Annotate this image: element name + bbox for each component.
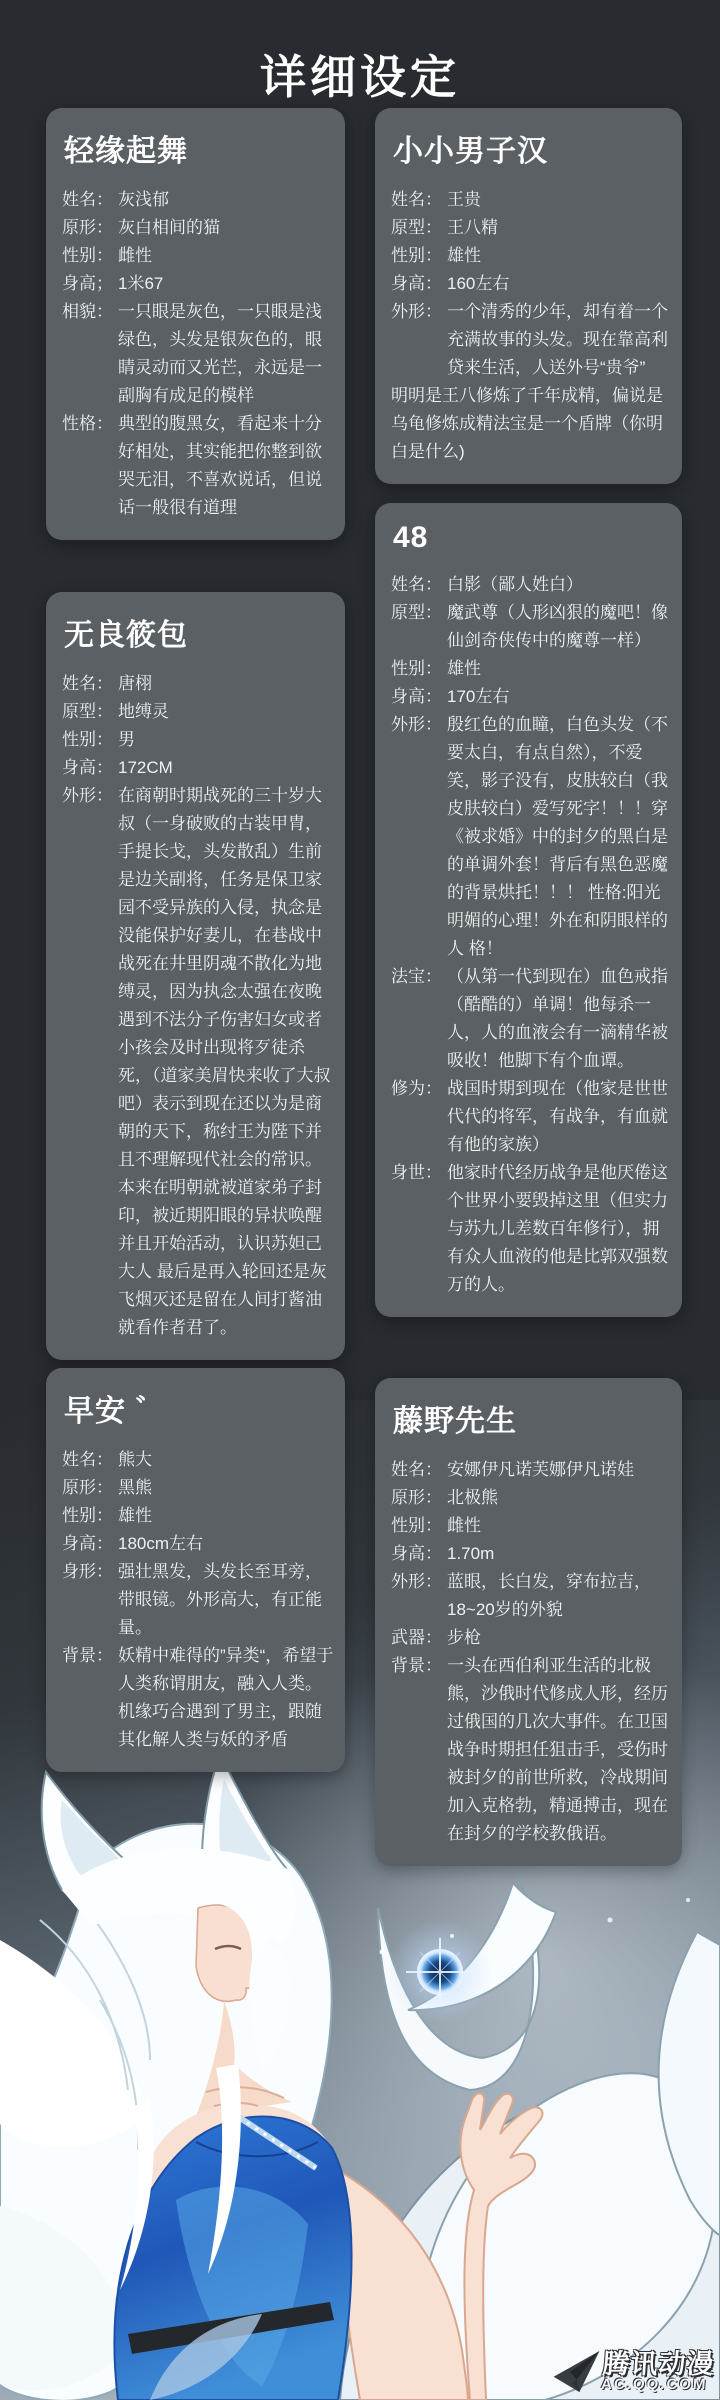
tencent-comics-watermark: 腾讯动漫 AC.QQ.COM	[551, 2350, 715, 2394]
field-row: 原型：魔武尊（人形凶狠的魔吧！像仙剑奇侠传中的魔尊一样）	[391, 599, 672, 655]
field-value: 典型的腹黑女，看起来十分好相处，其实能把你整到欲哭无泪，不喜欢说话，但说话一般很…	[118, 410, 335, 522]
field-row: 外形：一个清秀的少年，却有着一个充满故事的头发。现在靠高利贷来生活，人送外号“贵…	[391, 298, 672, 382]
field-label: 原型：	[391, 214, 447, 242]
character-card: 48 姓名：白影（鄙人姓白）原型：魔武尊（人形凶狠的魔吧！像仙剑奇侠传中的魔尊一…	[375, 503, 682, 1317]
character-card: 无良筱包 姓名：唐栩原型：地缚灵性别：男身高：172CM外形：在商朝时期战死的三…	[46, 592, 345, 1360]
field-value: 160左右	[447, 270, 672, 298]
field-row: 原形：北极熊	[391, 1484, 672, 1512]
field-label: 姓名：	[391, 571, 447, 599]
field-row: 性别：雄性	[391, 655, 672, 683]
field-value: 1.70m	[447, 1540, 672, 1568]
field-label: 背景：	[62, 1642, 118, 1754]
field-label: 原形：	[391, 1484, 447, 1512]
field-row: 姓名：唐栩	[62, 670, 335, 698]
field-label: 性别：	[391, 1512, 447, 1540]
card-title: 无良筱包	[64, 610, 335, 654]
field-value: 雄性	[118, 1502, 335, 1530]
field-value: 步枪	[447, 1624, 672, 1652]
field-row: 姓名：安娜伊凡诺芙娜伊凡诺娃	[391, 1456, 672, 1484]
field-label: 原形：	[62, 214, 118, 242]
field-value: 雄性	[447, 242, 672, 270]
field-label: 法宝：	[391, 963, 447, 1075]
field-row: 原型：地缚灵	[62, 698, 335, 726]
field-label: 原型：	[391, 599, 447, 655]
field-value: 180cm左右	[118, 1530, 335, 1558]
card-fields: 姓名：灰浅郁原形：灰白相间的猫性别：雌性身高；1米67相貌：一只眼是灰色，一只眼…	[62, 186, 335, 522]
watermark-brand: 腾讯动漫	[602, 2351, 716, 2377]
card-fields: 姓名：安娜伊凡诺芙娜伊凡诺娃原形：北极熊性别：雌性身高：1.70m外形：蓝眼，长…	[391, 1456, 672, 1848]
field-row: 相貌：一只眼是灰色，一只眼是浅绿色，头发是银灰色的，眼睛灵动而又光芒，永远是一副…	[62, 298, 335, 410]
field-label: 身高：	[62, 754, 118, 782]
field-row: 背景：妖精中难得的”异类“，希望于人类称谓朋友，融入人类。机缘巧合遇到了男主，跟…	[62, 1642, 335, 1754]
field-label: 背景：	[391, 1652, 447, 1848]
field-label: 姓名：	[62, 1446, 118, 1474]
field-label: 原型：	[62, 698, 118, 726]
field-row: 性别：雌性	[391, 1512, 672, 1540]
card-fields: 姓名：王贵原型：王八精性别：雄性身高：160左右外形：一个清秀的少年，却有着一个…	[391, 186, 672, 466]
field-row: 姓名：白影（鄙人姓白）	[391, 571, 672, 599]
field-value: 强壮黑发，头发长至耳旁，带眼镜。外形高大，有正能量。	[118, 1558, 335, 1642]
field-value: 安娜伊凡诺芙娜伊凡诺娃	[447, 1456, 672, 1484]
character-card: 轻缘起舞 姓名：灰浅郁原形：灰白相间的猫性别：雌性身高；1米67相貌：一只眼是灰…	[46, 108, 345, 540]
field-value: 灰白相间的猫	[118, 214, 335, 242]
card-title: 48	[393, 521, 672, 555]
field-label: 姓名：	[62, 186, 118, 214]
field-value: 他家时代经历战争是他厌倦这个世界小要毁掉这里（但实力与苏九儿差数百年修行），拥有…	[447, 1159, 672, 1299]
field-value: 妖精中难得的”异类“，希望于人类称谓朋友，融入人类。机缘巧合遇到了男主，跟随其化…	[118, 1642, 335, 1754]
field-value: 战国时期到现在（他家是世世代代的将军，有战争，有血就有他的家族）	[447, 1075, 672, 1159]
field-row: 修为：战国时期到现在（他家是世世代代的将军，有战争，有血就有他的家族）	[391, 1075, 672, 1159]
glow-orb	[388, 1920, 492, 2024]
field-row: 身高：1.70m	[391, 1540, 672, 1568]
field-row: 身高：170左右	[391, 683, 672, 711]
field-value: 一头在西伯利亚生活的北极熊，沙俄时代修成人形，经历过俄国的几次大事件。在卫国战争…	[447, 1652, 672, 1848]
field-value: 王贵	[447, 186, 672, 214]
field-label: 外形：	[391, 298, 447, 382]
field-row: 法宝：（从第一代到现在）血色戒指（酷酷的）单调！他每杀一人，人的血液会有一滴精华…	[391, 963, 672, 1075]
field-value: 熊大	[118, 1446, 335, 1474]
field-value: 蓝眼，长白发，穿布拉吉，18~20岁的外貌	[447, 1568, 672, 1624]
card-fields: 姓名：白影（鄙人姓白）原型：魔武尊（人形凶狠的魔吧！像仙剑奇侠传中的魔尊一样）性…	[391, 571, 672, 1299]
field-value: 雄性	[447, 655, 672, 683]
field-label: 武器：	[391, 1624, 447, 1652]
card-fields: 姓名：唐栩原型：地缚灵性别：男身高：172CM外形：在商朝时期战死的三十岁大叔（…	[62, 670, 335, 1342]
field-label: 姓名：	[62, 670, 118, 698]
field-value: 王八精	[447, 214, 672, 242]
field-label: 身高：	[391, 270, 447, 298]
character-card: 藤野先生 姓名：安娜伊凡诺芙娜伊凡诺娃原形：北极熊性别：雌性身高：1.70m外形…	[375, 1378, 682, 1866]
field-value: 雌性	[447, 1512, 672, 1540]
card-note: 明明是王八修炼了千年成精，偏说是乌龟修炼成精法宝是一个盾牌（你明白是什么)	[391, 382, 672, 466]
field-row: 姓名：灰浅郁	[62, 186, 335, 214]
watermark-url: AC.QQ.COM	[601, 2377, 714, 2393]
field-row: 身高；1米67	[62, 270, 335, 298]
field-row: 身世：他家时代经历战争是他厌倦这个世界小要毁掉这里（但实力与苏九儿差数百年修行）…	[391, 1159, 672, 1299]
card-title: 小小男子汉	[393, 126, 672, 170]
field-value: 灰浅郁	[118, 186, 335, 214]
field-row: 外形：在商朝时期战死的三十岁大叔（一身破败的古装甲胄，手提长戈，头发散乱）生前是…	[62, 782, 335, 1342]
field-label: 性别：	[62, 1502, 118, 1530]
field-value: 黑熊	[118, 1474, 335, 1502]
page-title: 详细设定	[0, 41, 720, 107]
field-label: 性别：	[391, 242, 447, 270]
field-value: 男	[118, 726, 335, 754]
card-title: 轻缘起舞	[64, 126, 335, 170]
field-value: 1米67	[118, 270, 335, 298]
field-row: 原形：黑熊	[62, 1474, 335, 1502]
field-value: 地缚灵	[118, 698, 335, 726]
card-title: 早安 ゛	[64, 1386, 335, 1430]
field-label: 外形：	[391, 1568, 447, 1624]
field-row: 性别：雌性	[62, 242, 335, 270]
field-label: 性格：	[62, 410, 118, 522]
field-value: 170左右	[447, 683, 672, 711]
field-row: 外形：殷红色的血瞳，白色头发（不要太白，有点自然），不爱笑，影子没有，皮肤较白（…	[391, 711, 672, 963]
field-label: 身高；	[62, 270, 118, 298]
field-row: 身高：180cm左右	[62, 1530, 335, 1558]
field-label: 性别：	[62, 726, 118, 754]
field-row: 身形：强壮黑发，头发长至耳旁，带眼镜。外形高大，有正能量。	[62, 1558, 335, 1642]
field-row: 外形：蓝眼，长白发，穿布拉吉，18~20岁的外貌	[391, 1568, 672, 1624]
field-label: 身高：	[391, 1540, 447, 1568]
card-fields: 姓名：熊大原形：黑熊性别：雄性身高：180cm左右身形：强壮黑发，头发长至耳旁，…	[62, 1446, 335, 1754]
field-label: 身形：	[62, 1558, 118, 1642]
field-label: 原形：	[62, 1474, 118, 1502]
field-label: 性别：	[391, 655, 447, 683]
field-value: 唐栩	[118, 670, 335, 698]
field-row: 背景：一头在西伯利亚生活的北极熊，沙俄时代修成人形，经历过俄国的几次大事件。在卫…	[391, 1652, 672, 1848]
field-label: 身世：	[391, 1159, 447, 1299]
field-label: 相貌：	[62, 298, 118, 410]
field-row: 原形：灰白相间的猫	[62, 214, 335, 242]
field-row: 武器：步枪	[391, 1624, 672, 1652]
field-row: 性别：雄性	[62, 1502, 335, 1530]
character-card: 小小男子汉 姓名：王贵原型：王八精性别：雄性身高：160左右外形：一个清秀的少年…	[375, 108, 682, 484]
field-row: 身高：160左右	[391, 270, 672, 298]
character-card: 早安 ゛ 姓名：熊大原形：黑熊性别：雄性身高：180cm左右身形：强壮黑发，头发…	[46, 1368, 345, 1772]
field-label: 姓名：	[391, 1456, 447, 1484]
field-label: 身高：	[391, 683, 447, 711]
paper-plane-icon	[551, 2350, 600, 2394]
field-value: （从第一代到现在）血色戒指（酷酷的）单调！他每杀一人，人的血液会有一滴精华被吸收…	[447, 963, 672, 1075]
field-row: 姓名：熊大	[62, 1446, 335, 1474]
field-row: 身高：172CM	[62, 754, 335, 782]
field-row: 性别：雄性	[391, 242, 672, 270]
field-value: 魔武尊（人形凶狠的魔吧！像仙剑奇侠传中的魔尊一样）	[447, 599, 672, 655]
field-label: 姓名：	[391, 186, 447, 214]
field-row: 原型：王八精	[391, 214, 672, 242]
field-value: 殷红色的血瞳，白色头发（不要太白，有点自然），不爱笑，影子没有，皮肤较白（我皮肤…	[447, 711, 672, 963]
field-label: 外形：	[391, 711, 447, 963]
field-value: 一个清秀的少年，却有着一个充满故事的头发。现在靠高利贷来生活，人送外号“贵爷”	[447, 298, 672, 382]
field-value: 雌性	[118, 242, 335, 270]
field-label: 身高：	[62, 1530, 118, 1558]
field-row: 性格：典型的腹黑女，看起来十分好相处，其实能把你整到欲哭无泪，不喜欢说话，但说话…	[62, 410, 335, 522]
card-title: 藤野先生	[393, 1396, 672, 1440]
field-value: 一只眼是灰色，一只眼是浅绿色，头发是银灰色的，眼睛灵动而又光芒，永远是一副胸有成…	[118, 298, 335, 410]
field-value: 北极熊	[447, 1484, 672, 1512]
field-row: 姓名：王贵	[391, 186, 672, 214]
watermark-text: 腾讯动漫 AC.QQ.COM	[601, 2351, 716, 2393]
field-label: 修为：	[391, 1075, 447, 1159]
field-value: 172CM	[118, 754, 335, 782]
field-label: 外形：	[62, 782, 118, 1342]
field-label: 性别：	[62, 242, 118, 270]
field-row: 性别：男	[62, 726, 335, 754]
field-value: 白影（鄙人姓白）	[447, 571, 672, 599]
field-value: 在商朝时期战死的三十岁大叔（一身破败的古装甲胄，手提长戈，头发散乱）生前是边关副…	[118, 782, 335, 1342]
